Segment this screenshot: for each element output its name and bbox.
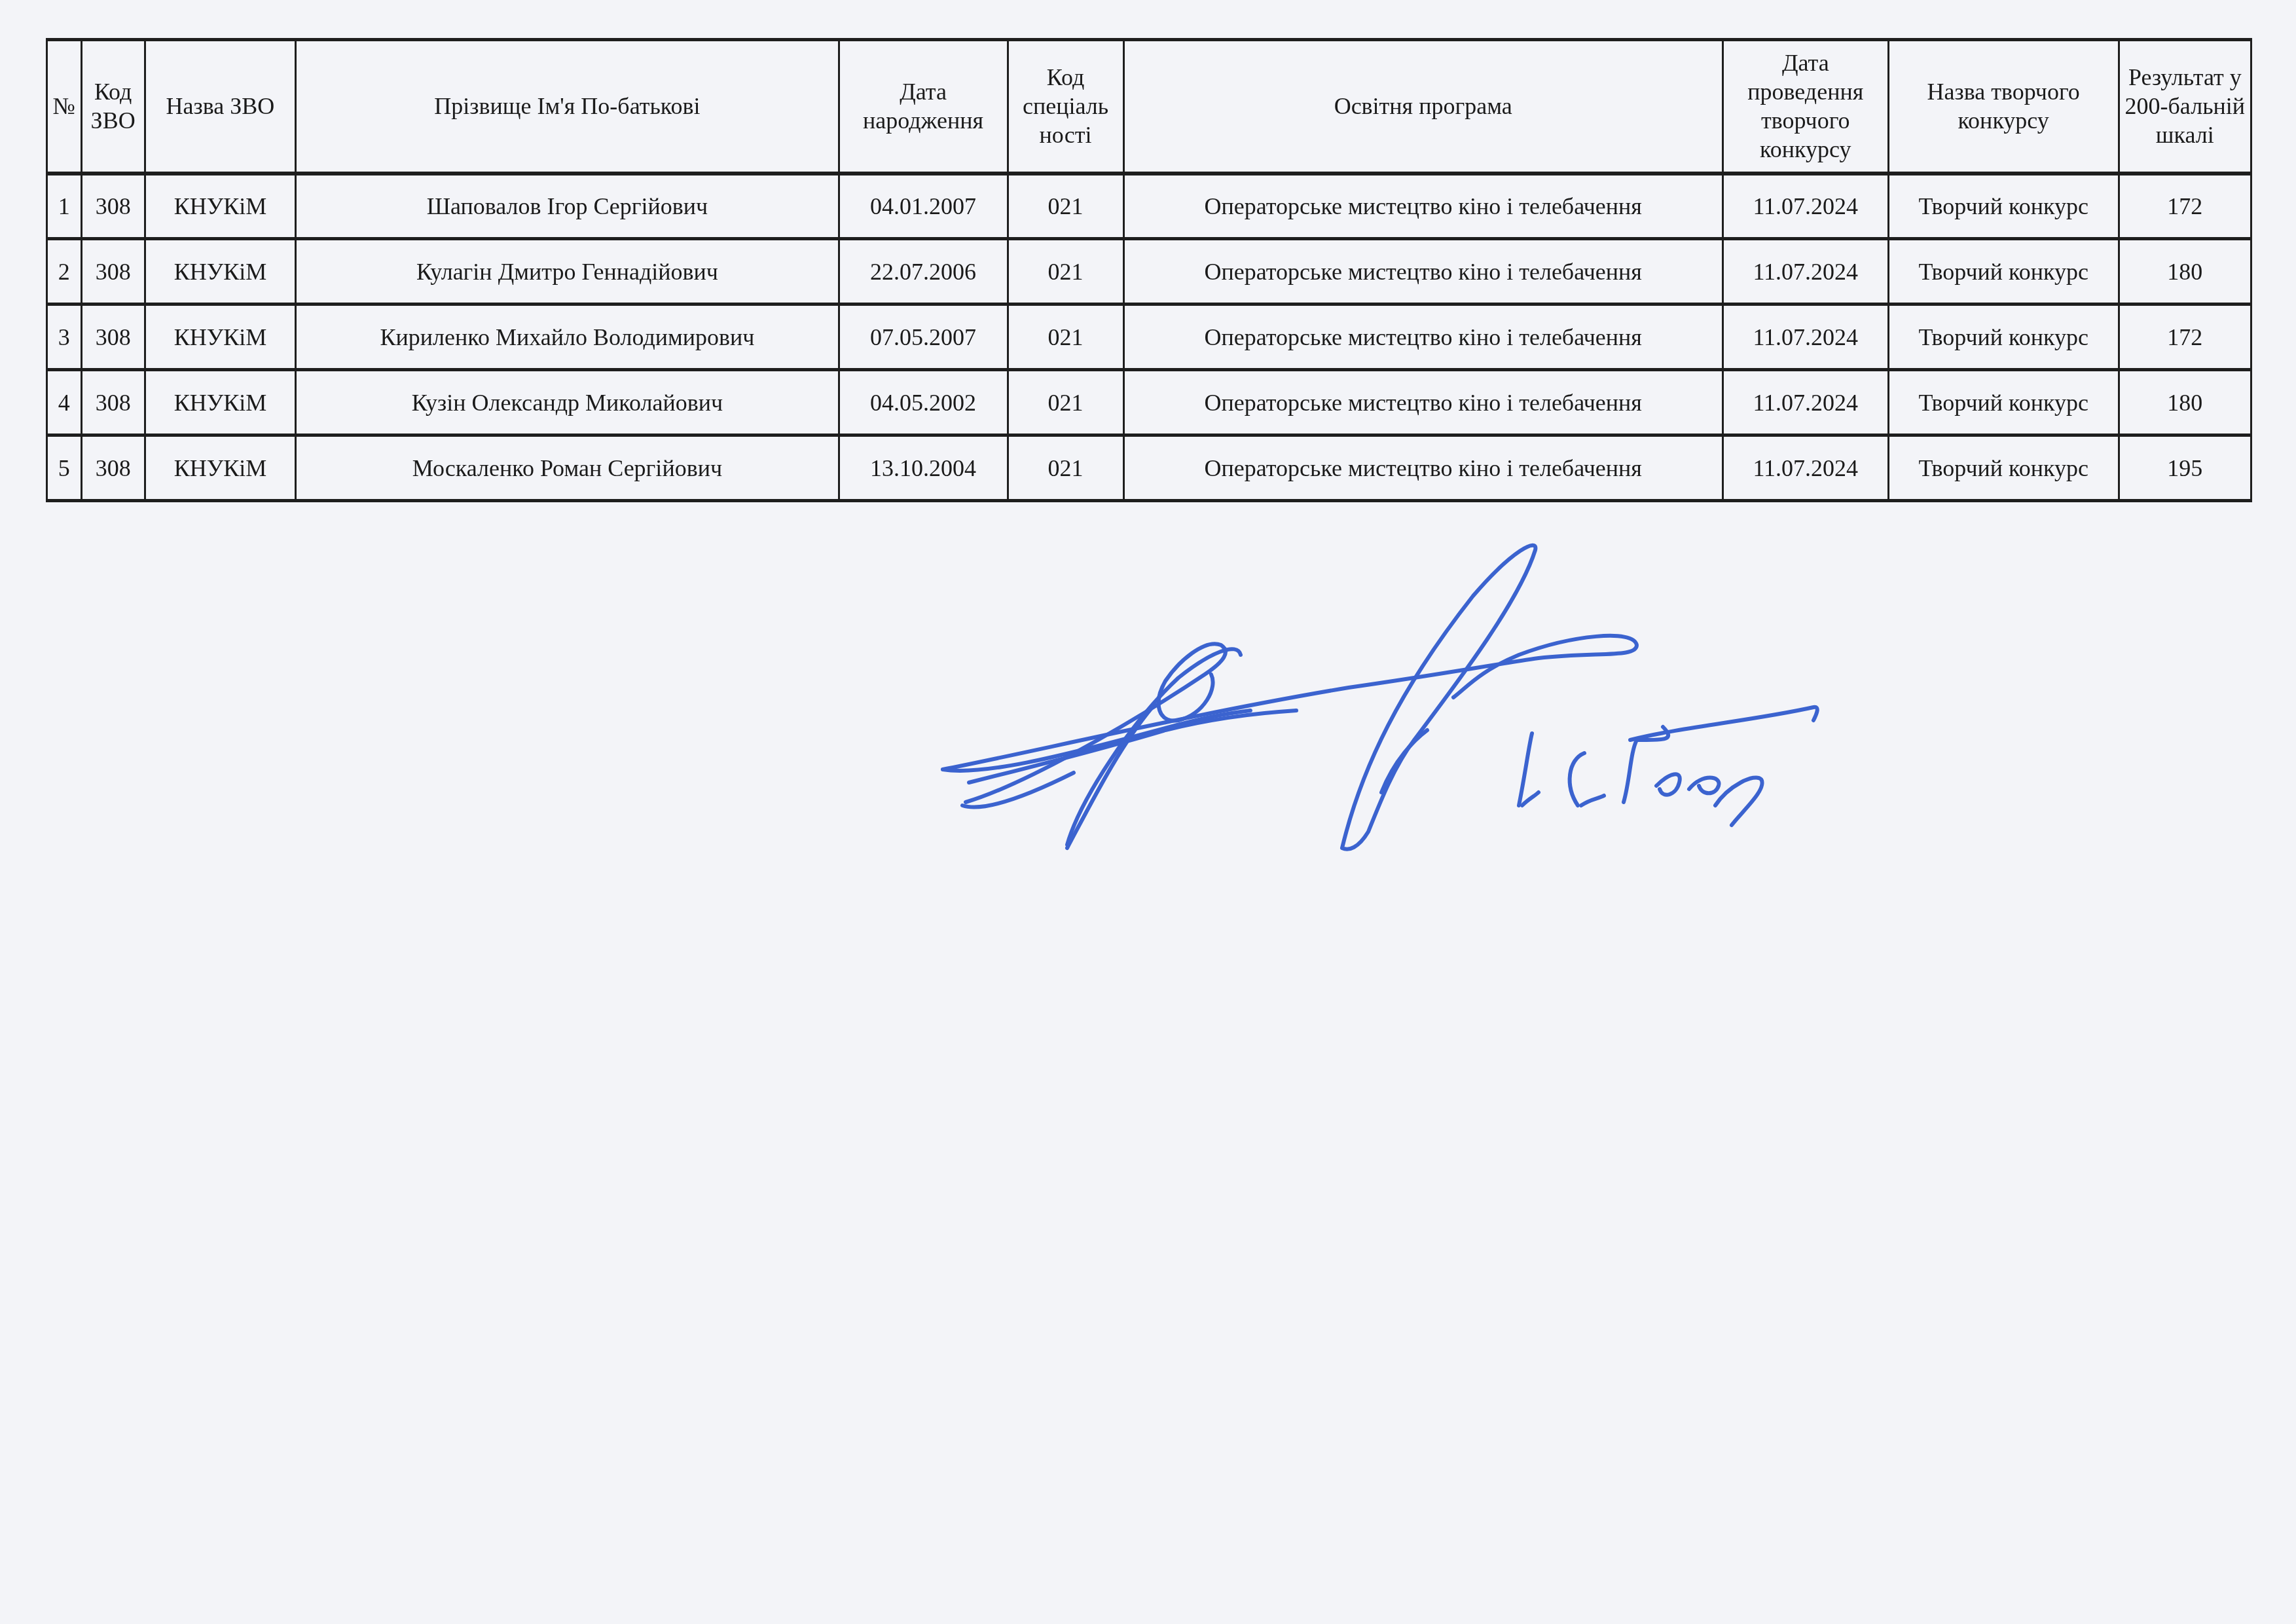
cell-spec-code: 021 (1008, 370, 1123, 435)
cell-contest-date: 11.07.2024 (1722, 239, 1888, 304)
cell-contest-name: Творчий конкурс (1888, 304, 2119, 370)
table-row: 4308КНУКіМКузін Олександр Миколайович04.… (47, 370, 2251, 435)
cell-birth-date: 13.10.2004 (839, 435, 1008, 501)
header-program: Освітня програма (1123, 40, 1722, 174)
table-row: 1308КНУКіМШаповалов Ігор Сергійович04.01… (47, 174, 2251, 239)
header-full-name: Прізвище Ім'я По-батькові (296, 40, 839, 174)
cell-zvo-name: КНУКіМ (145, 370, 296, 435)
table-row: 5308КНУКіММоскаленко Роман Сергійович13.… (47, 435, 2251, 501)
table-row: 3308КНУКіМКириленко Михайло Володимирови… (47, 304, 2251, 370)
cell-contest-name: Творчий конкурс (1888, 435, 2119, 501)
cell-row-number: 5 (47, 435, 82, 501)
cell-birth-date: 22.07.2006 (839, 239, 1008, 304)
cell-full-name: Кузін Олександр Миколайович (296, 370, 839, 435)
cell-full-name: Москаленко Роман Сергійович (296, 435, 839, 501)
cell-zvo-name: КНУКіМ (145, 174, 296, 239)
cell-contest-date: 11.07.2024 (1722, 174, 1888, 239)
cell-zvo-code: 308 (81, 370, 145, 435)
cell-program: Операторське мистецтво кіно і телебаченн… (1123, 304, 1722, 370)
cell-program: Операторське мистецтво кіно і телебаченн… (1123, 174, 1722, 239)
header-contest-name: Назва творчого конкурсу (1888, 40, 2119, 174)
cell-spec-code: 021 (1008, 435, 1123, 501)
cell-zvo-name: КНУКіМ (145, 435, 296, 501)
header-birth-date: Дата народження (839, 40, 1008, 174)
cell-spec-code: 021 (1008, 239, 1123, 304)
cell-result: 180 (2119, 239, 2251, 304)
header-number: № (47, 40, 82, 174)
cell-birth-date: 04.01.2007 (839, 174, 1008, 239)
cell-row-number: 1 (47, 174, 82, 239)
cell-zvo-code: 308 (81, 435, 145, 501)
cell-result: 180 (2119, 370, 2251, 435)
cell-contest-name: Творчий конкурс (1888, 239, 2119, 304)
cell-contest-date: 11.07.2024 (1722, 370, 1888, 435)
signature-icon (930, 524, 1990, 851)
cell-contest-name: Творчий конкурс (1888, 174, 2119, 239)
header-spec-code: Код спеціаль ності (1008, 40, 1123, 174)
document-page: № Код ЗВО Назва ЗВО Прізвище Ім'я По-бат… (0, 0, 2296, 1624)
cell-program: Операторське мистецтво кіно і телебаченн… (1123, 370, 1722, 435)
cell-birth-date: 07.05.2007 (839, 304, 1008, 370)
cell-zvo-name: КНУКіМ (145, 304, 296, 370)
cell-full-name: Кулагін Дмитро Геннадійович (296, 239, 839, 304)
header-result: Результат у 200-бальній шкалі (2119, 40, 2251, 174)
header-zvo-name: Назва ЗВО (145, 40, 296, 174)
cell-row-number: 2 (47, 239, 82, 304)
cell-result: 172 (2119, 174, 2251, 239)
cell-zvo-code: 308 (81, 239, 145, 304)
applicants-table: № Код ЗВО Назва ЗВО Прізвище Ім'я По-бат… (46, 38, 2252, 502)
cell-contest-name: Творчий конкурс (1888, 370, 2119, 435)
table-header-row: № Код ЗВО Назва ЗВО Прізвище Ім'я По-бат… (47, 40, 2251, 174)
cell-birth-date: 04.05.2002 (839, 370, 1008, 435)
cell-row-number: 4 (47, 370, 82, 435)
cell-program: Операторське мистецтво кіно і телебаченн… (1123, 435, 1722, 501)
cell-result: 172 (2119, 304, 2251, 370)
cell-spec-code: 021 (1008, 304, 1123, 370)
cell-full-name: Кириленко Михайло Володимирович (296, 304, 839, 370)
cell-row-number: 3 (47, 304, 82, 370)
table-row: 2308КНУКіМКулагін Дмитро Геннадійович22.… (47, 239, 2251, 304)
cell-zvo-code: 308 (81, 174, 145, 239)
header-contest-date: Дата проведення творчого конкурсу (1722, 40, 1888, 174)
cell-zvo-code: 308 (81, 304, 145, 370)
cell-contest-date: 11.07.2024 (1722, 304, 1888, 370)
cell-full-name: Шаповалов Ігор Сергійович (296, 174, 839, 239)
cell-result: 195 (2119, 435, 2251, 501)
cell-program: Операторське мистецтво кіно і телебаченн… (1123, 239, 1722, 304)
cell-zvo-name: КНУКіМ (145, 239, 296, 304)
cell-contest-date: 11.07.2024 (1722, 435, 1888, 501)
header-zvo-code: Код ЗВО (81, 40, 145, 174)
cell-spec-code: 021 (1008, 174, 1123, 239)
